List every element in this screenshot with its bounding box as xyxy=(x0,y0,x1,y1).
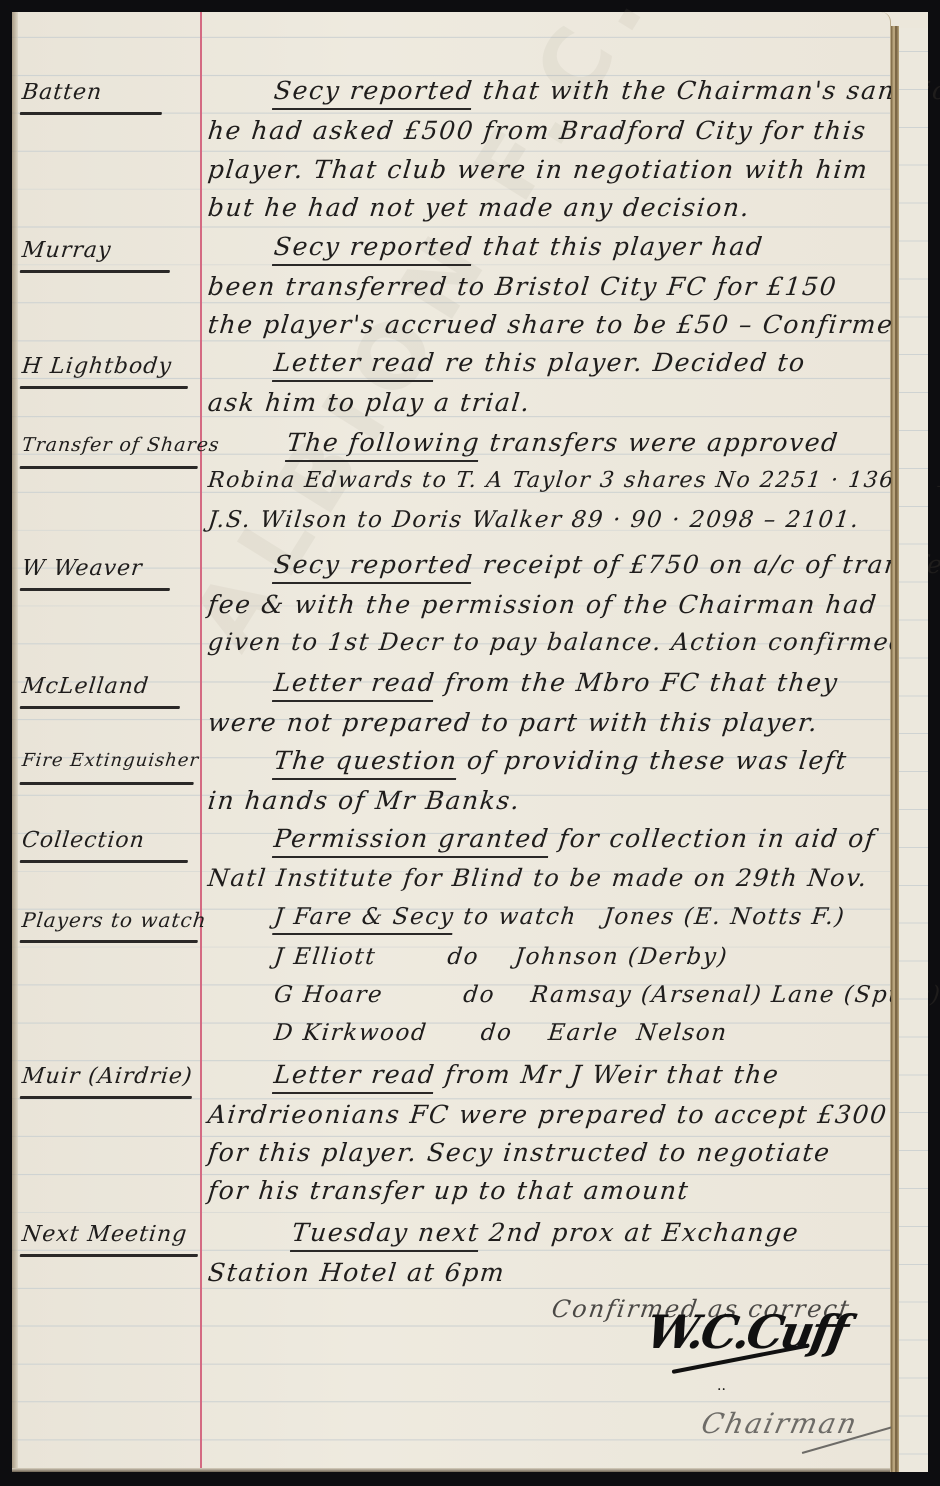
minute-line: Letter read from the Mbro FC that they xyxy=(273,670,840,695)
ledger-book: ALBION F.C. Batten Secy reported that wi… xyxy=(12,12,928,1472)
underlined-lead: Tuesday next xyxy=(290,1218,481,1252)
line-text: 2nd prox at Exchange xyxy=(478,1218,801,1247)
heading-underline xyxy=(20,466,198,469)
heading-text: Batten xyxy=(21,80,104,105)
adjacent-page-edge xyxy=(899,28,928,1470)
line-text: from the Mbro FC that they xyxy=(434,668,840,697)
underlined-lead: Letter read xyxy=(272,1060,437,1094)
heading-text: Muir (Airdrie) xyxy=(21,1064,194,1089)
line-text: from Mr J Weir that the xyxy=(434,1060,781,1089)
minute-line: for his transfer up to that amount xyxy=(207,1178,691,1203)
red-margin-rule xyxy=(200,12,202,1472)
minute-line: were not prepared to part with this play… xyxy=(207,710,820,735)
book-binding-seam xyxy=(891,26,899,1472)
entry-heading-batten: Batten xyxy=(21,82,103,104)
minute-line: Letter read from Mr J Weir that the xyxy=(273,1062,781,1087)
heading-underline xyxy=(20,860,188,863)
minute-line: Natl Institute for Blind to be made on 2… xyxy=(207,866,869,890)
minute-line: he had asked £500 from Bradford City for… xyxy=(207,118,868,143)
heading-text: McLelland xyxy=(21,674,151,699)
line-text: re this player. Decided to xyxy=(434,348,807,377)
minute-book-page: ALBION F.C. Batten Secy reported that wi… xyxy=(12,12,891,1472)
minute-line: Secy reported that this player had xyxy=(273,234,765,259)
minute-line: Secy reported that with the Chairman's s… xyxy=(273,78,940,103)
minute-line: the player's accrued share to be £50 – C… xyxy=(207,312,913,337)
minute-line: G Hoare do Ramsay (Arsenal) Lane (Spurs) xyxy=(273,984,940,1007)
heading-text: Transfer of Shares xyxy=(21,434,221,456)
minute-line: Airdrieonians FC were prepared to accept… xyxy=(207,1102,889,1127)
entry-heading-muir-airdrie: Muir (Airdrie) xyxy=(21,1066,194,1088)
minute-line: player. That club were in negotiation wi… xyxy=(207,157,870,182)
minute-line: Robina Edwards to T. A Taylor 3 shares N… xyxy=(207,470,940,492)
chairman-signature: W.C.Cuff xyxy=(642,1305,849,1359)
entry-heading-lightbody: H Lightbody xyxy=(21,356,173,378)
entry-heading-fire-extinguisher: Fire Extinguisher xyxy=(21,752,200,770)
heading-text: W Weaver xyxy=(21,556,144,581)
underlined-lead: Letter read xyxy=(272,668,437,702)
heading-text: H Lightbody xyxy=(21,354,173,379)
underlined-lead: Secy reported xyxy=(272,550,475,584)
minute-line: in hands of Mr Banks. xyxy=(207,788,522,813)
heading-underline xyxy=(20,588,170,591)
heading-text: Players to watch xyxy=(21,908,208,932)
underlined-lead: The following xyxy=(285,428,482,462)
heading-underline xyxy=(20,112,162,115)
underlined-lead: Permission granted xyxy=(272,824,551,858)
minute-line: been transferred to Bristol City FC for … xyxy=(207,274,839,299)
entry-heading-next-meeting: Next Meeting xyxy=(21,1224,189,1246)
heading-text: Fire Extinguisher xyxy=(21,750,200,771)
underlined-lead: The question xyxy=(272,746,459,780)
entry-heading-mclelland: McLelland xyxy=(21,676,150,698)
entry-heading-weaver: W Weaver xyxy=(21,558,144,580)
signature-dots: ·· xyxy=(717,1382,726,1398)
minute-line: The question of providing these was left xyxy=(273,748,849,773)
heading-underline xyxy=(20,706,180,709)
line-text: for collection in aid of xyxy=(548,824,877,853)
line-text: that with the Chairman's sanction xyxy=(472,76,940,105)
line-text: of providing these was left xyxy=(456,746,849,775)
underlined-lead: J Fare & Secy xyxy=(272,904,456,935)
minute-line: but he had not yet made any decision. xyxy=(207,195,752,220)
minute-line: J Elliott do Johnson (Derby) xyxy=(273,946,729,969)
line-text: transfers were approved xyxy=(479,428,841,457)
underlined-lead: Secy reported xyxy=(272,76,475,110)
entry-heading-transfer-of-shares: Transfer of Shares xyxy=(21,436,221,455)
heading-underline xyxy=(20,1096,192,1099)
minute-line: D Kirkwood do Earle Nelson xyxy=(273,1022,729,1045)
minute-line: Tuesday next 2nd prox at Exchange xyxy=(291,1220,801,1245)
line-text: receipt of £750 on a/c of transfer xyxy=(472,550,940,579)
minute-line: ask him to play a trial. xyxy=(207,390,532,415)
heading-underline xyxy=(20,1254,198,1257)
entry-heading-collection: Collection xyxy=(21,830,146,852)
heading-text: Murray xyxy=(21,238,113,263)
underlined-lead: Letter read xyxy=(272,348,437,382)
underlined-lead: Secy reported xyxy=(272,232,475,266)
minute-line: for this player. Secy instructed to nego… xyxy=(207,1140,832,1165)
heading-underline xyxy=(20,782,194,785)
minute-line: Letter read re this player. Decided to xyxy=(273,350,807,375)
minute-line: Permission granted for collection in aid… xyxy=(273,826,877,851)
heading-underline xyxy=(20,270,170,273)
heading-underline xyxy=(20,940,198,943)
minute-line: Station Hotel at 6pm xyxy=(207,1260,507,1285)
minute-line: The following transfers were approved xyxy=(286,430,840,455)
chairman-title: Chairman xyxy=(698,1407,861,1440)
line-text: to watch Jones (E. Notts F.) xyxy=(453,904,847,930)
heading-underline xyxy=(20,386,188,389)
entry-heading-players-to-watch: Players to watch xyxy=(21,910,208,930)
heading-text: Next Meeting xyxy=(21,1222,189,1247)
minute-line: Secy reported receipt of £750 on a/c of … xyxy=(273,552,940,577)
heading-text: Collection xyxy=(21,828,146,853)
entry-heading-murray: Murray xyxy=(21,240,113,262)
minute-line: J Fare & Secy to watch Jones (E. Notts F… xyxy=(273,906,847,929)
line-text: that this player had xyxy=(472,232,765,261)
minute-line: fee & with the permission of the Chairma… xyxy=(207,592,879,617)
minute-line: J.S. Wilson to Doris Walker 89 · 90 · 20… xyxy=(207,509,861,532)
minute-line: given to 1st Decr to pay balance. Action… xyxy=(207,630,908,654)
